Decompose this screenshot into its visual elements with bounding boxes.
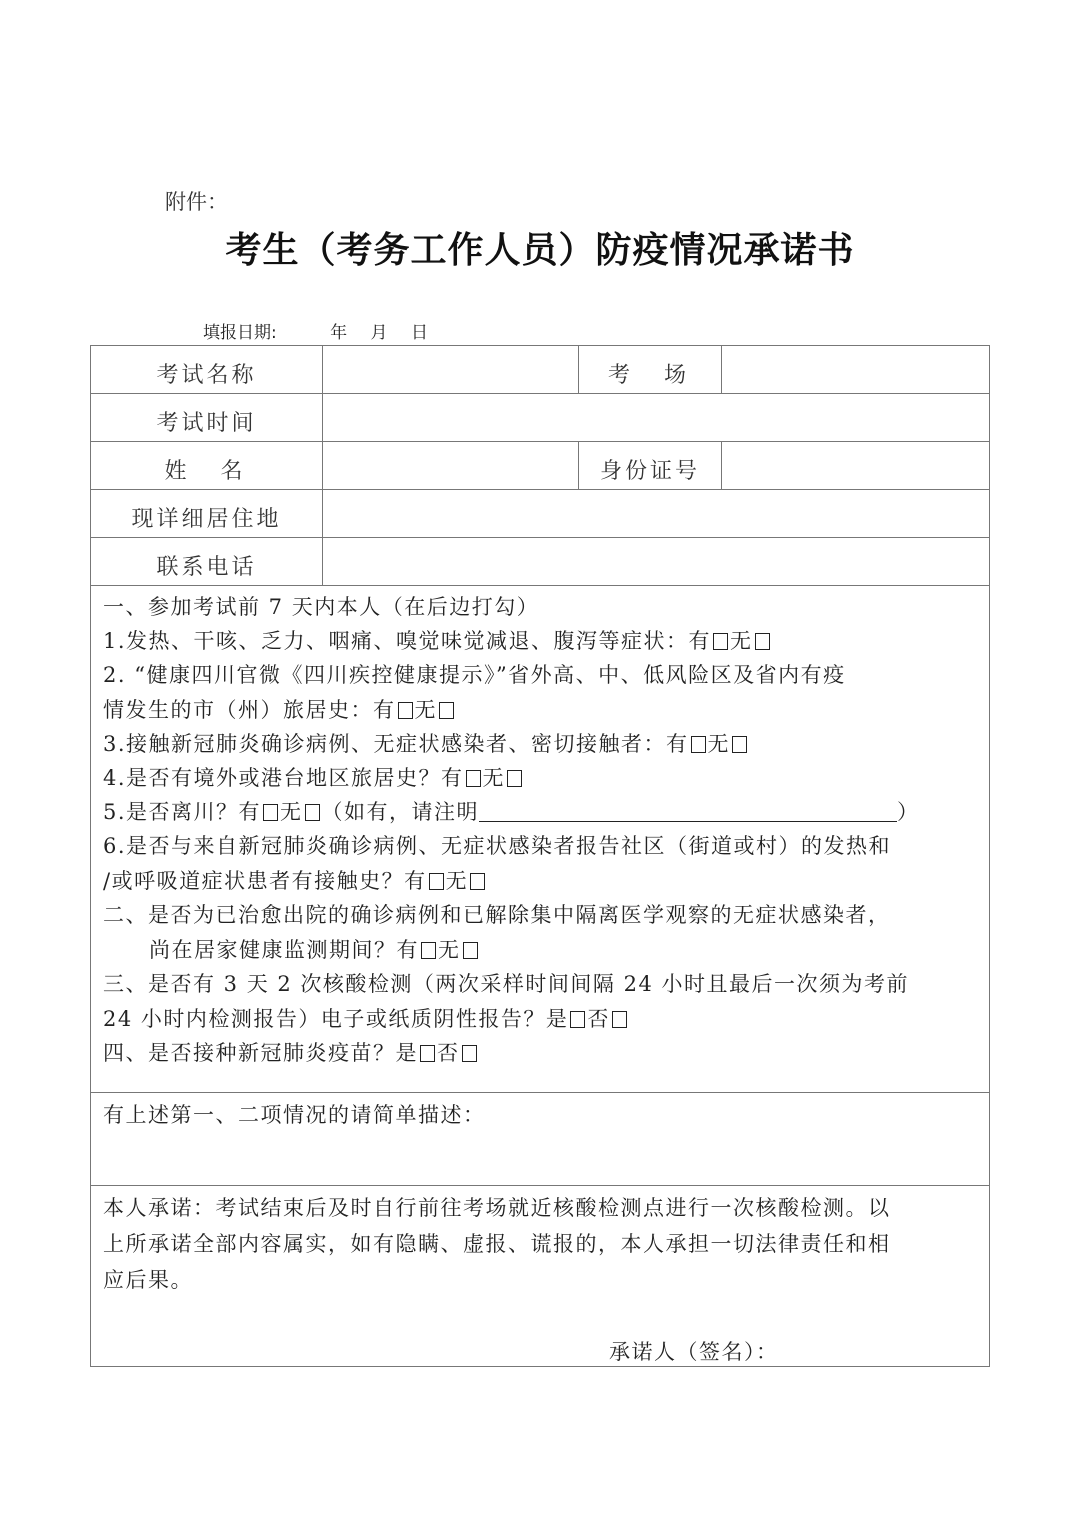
no-label: 无 bbox=[415, 698, 438, 722]
exam-time-field[interactable] bbox=[324, 395, 988, 440]
yes-checkbox[interactable] bbox=[263, 804, 278, 821]
month-label: 月 bbox=[371, 323, 388, 343]
yes-checkbox[interactable] bbox=[466, 770, 481, 787]
exam-name-label: 考试名称 bbox=[91, 358, 322, 389]
yes-label: 有 bbox=[239, 800, 262, 824]
row-divider bbox=[91, 1092, 989, 1093]
row-divider bbox=[91, 441, 989, 442]
yes-label: 有 bbox=[404, 869, 427, 893]
declaration-item-5: 5.是否离川？有无（如有，请注明） bbox=[103, 795, 979, 829]
fill-date: 填报日期: 年 月 日 bbox=[203, 318, 428, 343]
address-label: 现详细居住地 bbox=[91, 502, 322, 533]
description-field[interactable] bbox=[101, 1136, 979, 1182]
pledge-line1: 本人承诺：考试结束后及时自行前往考场就近核酸检测点进行一次核酸检测。以 bbox=[103, 1191, 979, 1225]
name-field[interactable] bbox=[324, 443, 576, 488]
no-label: 无 bbox=[438, 938, 461, 962]
no-label: 无 bbox=[708, 732, 731, 756]
yes-label: 有 bbox=[441, 766, 464, 790]
address-field[interactable] bbox=[324, 491, 988, 536]
note-suffix: ） bbox=[897, 800, 920, 824]
section2-line1: 二、是否为已治愈出院的确诊病例和已解除集中隔离医学观察的无症状感染者， bbox=[103, 898, 979, 932]
no-label: 无 bbox=[446, 869, 469, 893]
fill-date-fields[interactable]: 年 月 日 bbox=[330, 323, 428, 343]
yes-checkbox[interactable] bbox=[713, 633, 728, 650]
item-2-text: 情发生的市（州）旅居史： bbox=[103, 698, 373, 722]
no-label: 否 bbox=[437, 1041, 460, 1065]
no-label: 否 bbox=[587, 1007, 610, 1031]
exam-site-label: 考 场 bbox=[579, 358, 721, 389]
item-4-text: 4.是否有境外或港台地区旅居史？ bbox=[103, 766, 441, 790]
declaration-item-1: 1.发热、干咳、乏力、咽痛、嗅觉味觉减退、腹泻等症状：有无 bbox=[103, 624, 979, 658]
yes-checkbox[interactable] bbox=[429, 873, 444, 890]
yes-label: 有 bbox=[373, 698, 396, 722]
no-label: 无 bbox=[730, 629, 753, 653]
no-checkbox[interactable] bbox=[305, 804, 320, 821]
section2-line2: 尚在居家健康监测期间？有无 bbox=[149, 933, 979, 967]
section3-line2: 24 小时内检测报告）电子或纸质阴性报告？是否 bbox=[103, 1002, 979, 1036]
yes-label: 有 bbox=[689, 629, 712, 653]
item-3-text: 3.接触新冠肺炎确诊病例、无症状感染者、密切接触者： bbox=[103, 732, 666, 756]
row-divider bbox=[91, 393, 989, 394]
phone-field[interactable] bbox=[324, 539, 988, 584]
fill-date-label: 填报日期: bbox=[203, 323, 277, 343]
description-label: 有上述第一、二项情况的请简单描述： bbox=[103, 1098, 979, 1132]
column-divider bbox=[721, 441, 722, 489]
document-title: 考生（考务工作人员）防疫情况承诺书 bbox=[0, 222, 1080, 273]
day-label: 日 bbox=[411, 323, 428, 343]
attachment-label: 附件： bbox=[165, 186, 228, 216]
exam-site-field[interactable] bbox=[723, 348, 988, 392]
no-checkbox[interactable] bbox=[612, 1011, 627, 1028]
column-divider bbox=[322, 346, 323, 585]
no-checkbox[interactable] bbox=[439, 702, 454, 719]
no-checkbox[interactable] bbox=[732, 736, 747, 753]
no-checkbox[interactable] bbox=[470, 873, 485, 890]
item-1-text: 1.发热、干咳、乏力、咽痛、嗅觉味觉减退、腹泻等症状： bbox=[103, 629, 689, 653]
section4-text: 四、是否接种新冠肺炎疫苗？ bbox=[103, 1041, 396, 1065]
section1-heading: 一、参加考试前 7 天内本人（在后边打勾） bbox=[103, 590, 979, 624]
note-prefix: （如有，请注明 bbox=[322, 800, 480, 824]
section3-line1: 三、是否有 3 天 2 次核酸检测（两次采样时间间隔 24 小时且最后一次须为考… bbox=[103, 967, 979, 1001]
year-label: 年 bbox=[330, 323, 347, 343]
declaration-form-table: 考试名称 考 场 考试时间 姓 名 身份证号 现详细居住地 联系电话 一、参加考… bbox=[90, 345, 990, 1367]
id-number-field[interactable] bbox=[723, 443, 988, 488]
no-checkbox[interactable] bbox=[755, 633, 770, 650]
row-divider bbox=[91, 537, 989, 538]
declaration-item-6-line1: 6.是否与来自新冠肺炎确诊病例、无症状感染者报告社区（街道或村）的发热和 bbox=[103, 829, 979, 863]
yes-checkbox[interactable] bbox=[691, 736, 706, 753]
pledge-line3: 应后果。 bbox=[103, 1263, 979, 1297]
row-divider bbox=[91, 1185, 989, 1186]
yes-label: 是 bbox=[546, 1007, 569, 1031]
name-label: 姓 名 bbox=[91, 454, 322, 485]
no-label: 无 bbox=[280, 800, 303, 824]
declaration-item-2-line1: 2. “健康四川官微《四川疾控健康提示》”省外高、中、低风险区及省内有疫 bbox=[103, 658, 979, 692]
signature-field[interactable] bbox=[811, 1330, 981, 1364]
declaration-item-2-line2: 情发生的市（州）旅居史：有无 bbox=[103, 693, 979, 727]
yes-label: 有 bbox=[666, 732, 689, 756]
yes-checkbox[interactable] bbox=[421, 942, 436, 959]
item-5-text: 5.是否离川？ bbox=[103, 800, 239, 824]
section2-text: 尚在居家健康监测期间？ bbox=[149, 938, 397, 962]
declaration-item-3: 3.接触新冠肺炎确诊病例、无症状感染者、密切接触者：有无 bbox=[103, 727, 979, 761]
yes-checkbox[interactable] bbox=[420, 1045, 435, 1062]
column-divider bbox=[721, 346, 722, 393]
section3-text: 24 小时内检测报告）电子或纸质阴性报告？ bbox=[103, 1007, 546, 1031]
destination-blank-field[interactable] bbox=[479, 799, 897, 822]
item-6-text: /或呼吸道症状患者有接触史？ bbox=[103, 869, 404, 893]
row-divider bbox=[91, 489, 989, 490]
phone-label: 联系电话 bbox=[91, 550, 322, 581]
declaration-item-4: 4.是否有境外或港台地区旅居史？有无 bbox=[103, 761, 979, 795]
pledge-line2: 上所承诺全部内容属实，如有隐瞒、虚报、谎报的，本人承担一切法律责任和相 bbox=[103, 1227, 979, 1261]
exam-time-label: 考试时间 bbox=[91, 406, 322, 437]
no-checkbox[interactable] bbox=[462, 1045, 477, 1062]
no-checkbox[interactable] bbox=[507, 770, 522, 787]
row-divider bbox=[91, 585, 989, 586]
yes-checkbox[interactable] bbox=[570, 1011, 585, 1028]
section4: 四、是否接种新冠肺炎疫苗？是否 bbox=[103, 1036, 979, 1070]
declaration-item-6-line2: /或呼吸道症状患者有接触史？有无 bbox=[103, 864, 979, 898]
no-checkbox[interactable] bbox=[463, 942, 478, 959]
yes-checkbox[interactable] bbox=[398, 702, 413, 719]
yes-label: 是 bbox=[396, 1041, 419, 1065]
no-label: 无 bbox=[483, 766, 506, 790]
exam-name-field[interactable] bbox=[324, 348, 576, 392]
yes-label: 有 bbox=[397, 938, 420, 962]
id-number-label: 身份证号 bbox=[579, 454, 721, 485]
